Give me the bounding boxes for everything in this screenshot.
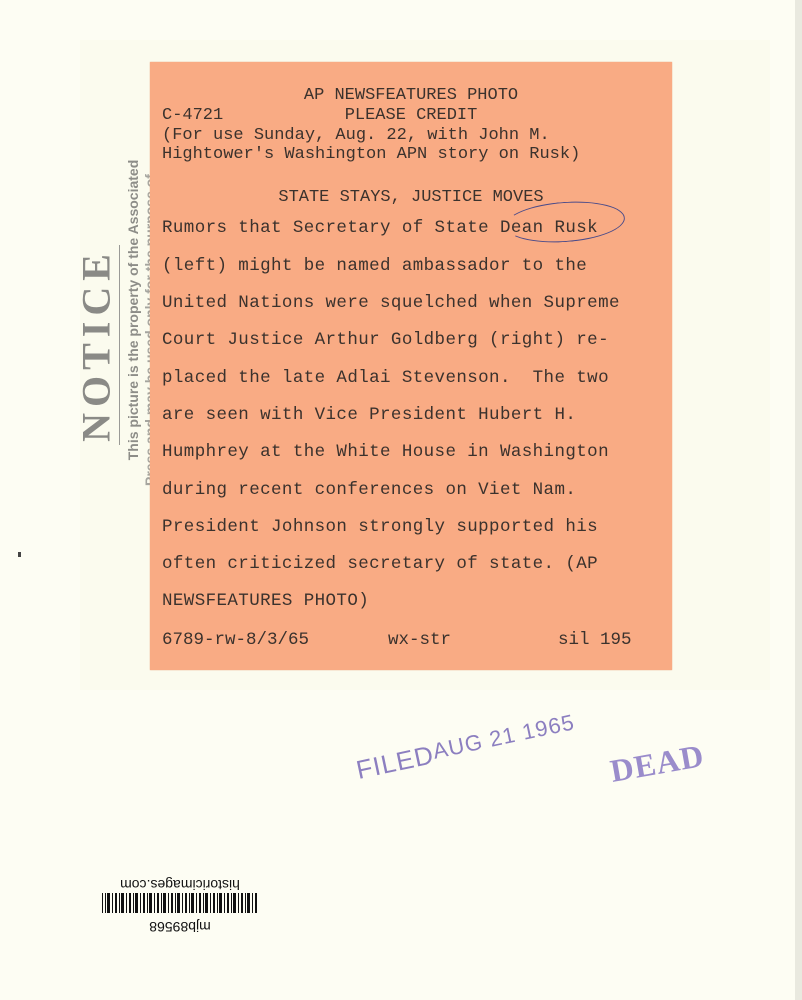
caption-body-line: placed the late Adlai Stevenson. The two [162, 368, 609, 388]
paper-edge [795, 0, 802, 1000]
barcode-label: mjb89568 historicimages.com [95, 875, 265, 935]
barcode-site: historicimages.com [95, 877, 265, 893]
notice-divider [119, 245, 120, 445]
caption-body-line: NEWSFEATURES PHOTO) [162, 591, 369, 611]
caption-body-line: United Nations were squelched when Supre… [162, 293, 620, 313]
caption-slip: AP NEWSFEATURES PHOTO C-4721 PLEASE CRED… [150, 62, 672, 670]
caption-body-line: are seen with Vice President Hubert H. [162, 405, 576, 425]
caption-ref-number: 6789-rw-8/3/65 [162, 630, 309, 650]
caption-usage-line-2: Hightower's Washington APN story on Rusk… [162, 145, 580, 164]
caption-header-agency: AP NEWSFEATURES PHOTO [150, 86, 672, 105]
notice-title: NOTICE [73, 248, 120, 442]
caption-body-line: Court Justice Arthur Goldberg (right) re… [162, 330, 609, 350]
dead-stamp: DEAD [608, 737, 708, 790]
notice-text-line-1: This picture is the property of the Asso… [125, 160, 141, 461]
caption-body-line: Humphrey at the White House in Washingto… [162, 442, 609, 462]
caption-header-credit: PLEASE CREDIT [150, 106, 672, 125]
caption-body-line: (left) might be named ambassador to the [162, 256, 587, 276]
caption-body-line: often criticized secretary of state. (AP [162, 554, 598, 574]
caption-usage-line-1: (For use Sunday, Aug. 22, with John M. [162, 126, 550, 145]
caption-body-line: during recent conferences on Viet Nam. [162, 480, 576, 500]
ink-mark [18, 552, 21, 557]
barcode-id: mjb89568 [95, 919, 265, 935]
filed-label: FILED [354, 739, 437, 785]
filed-date-stamp: FILEDAUG 21 1965 [354, 709, 579, 786]
barcode-icon [102, 893, 257, 913]
caption-desk-code: wx-str [388, 630, 451, 650]
filed-date: AUG 21 1965 [431, 709, 577, 763]
caption-body-line: President Johnson strongly supported his [162, 517, 598, 537]
caption-sil-code: sil 195 [558, 630, 632, 650]
